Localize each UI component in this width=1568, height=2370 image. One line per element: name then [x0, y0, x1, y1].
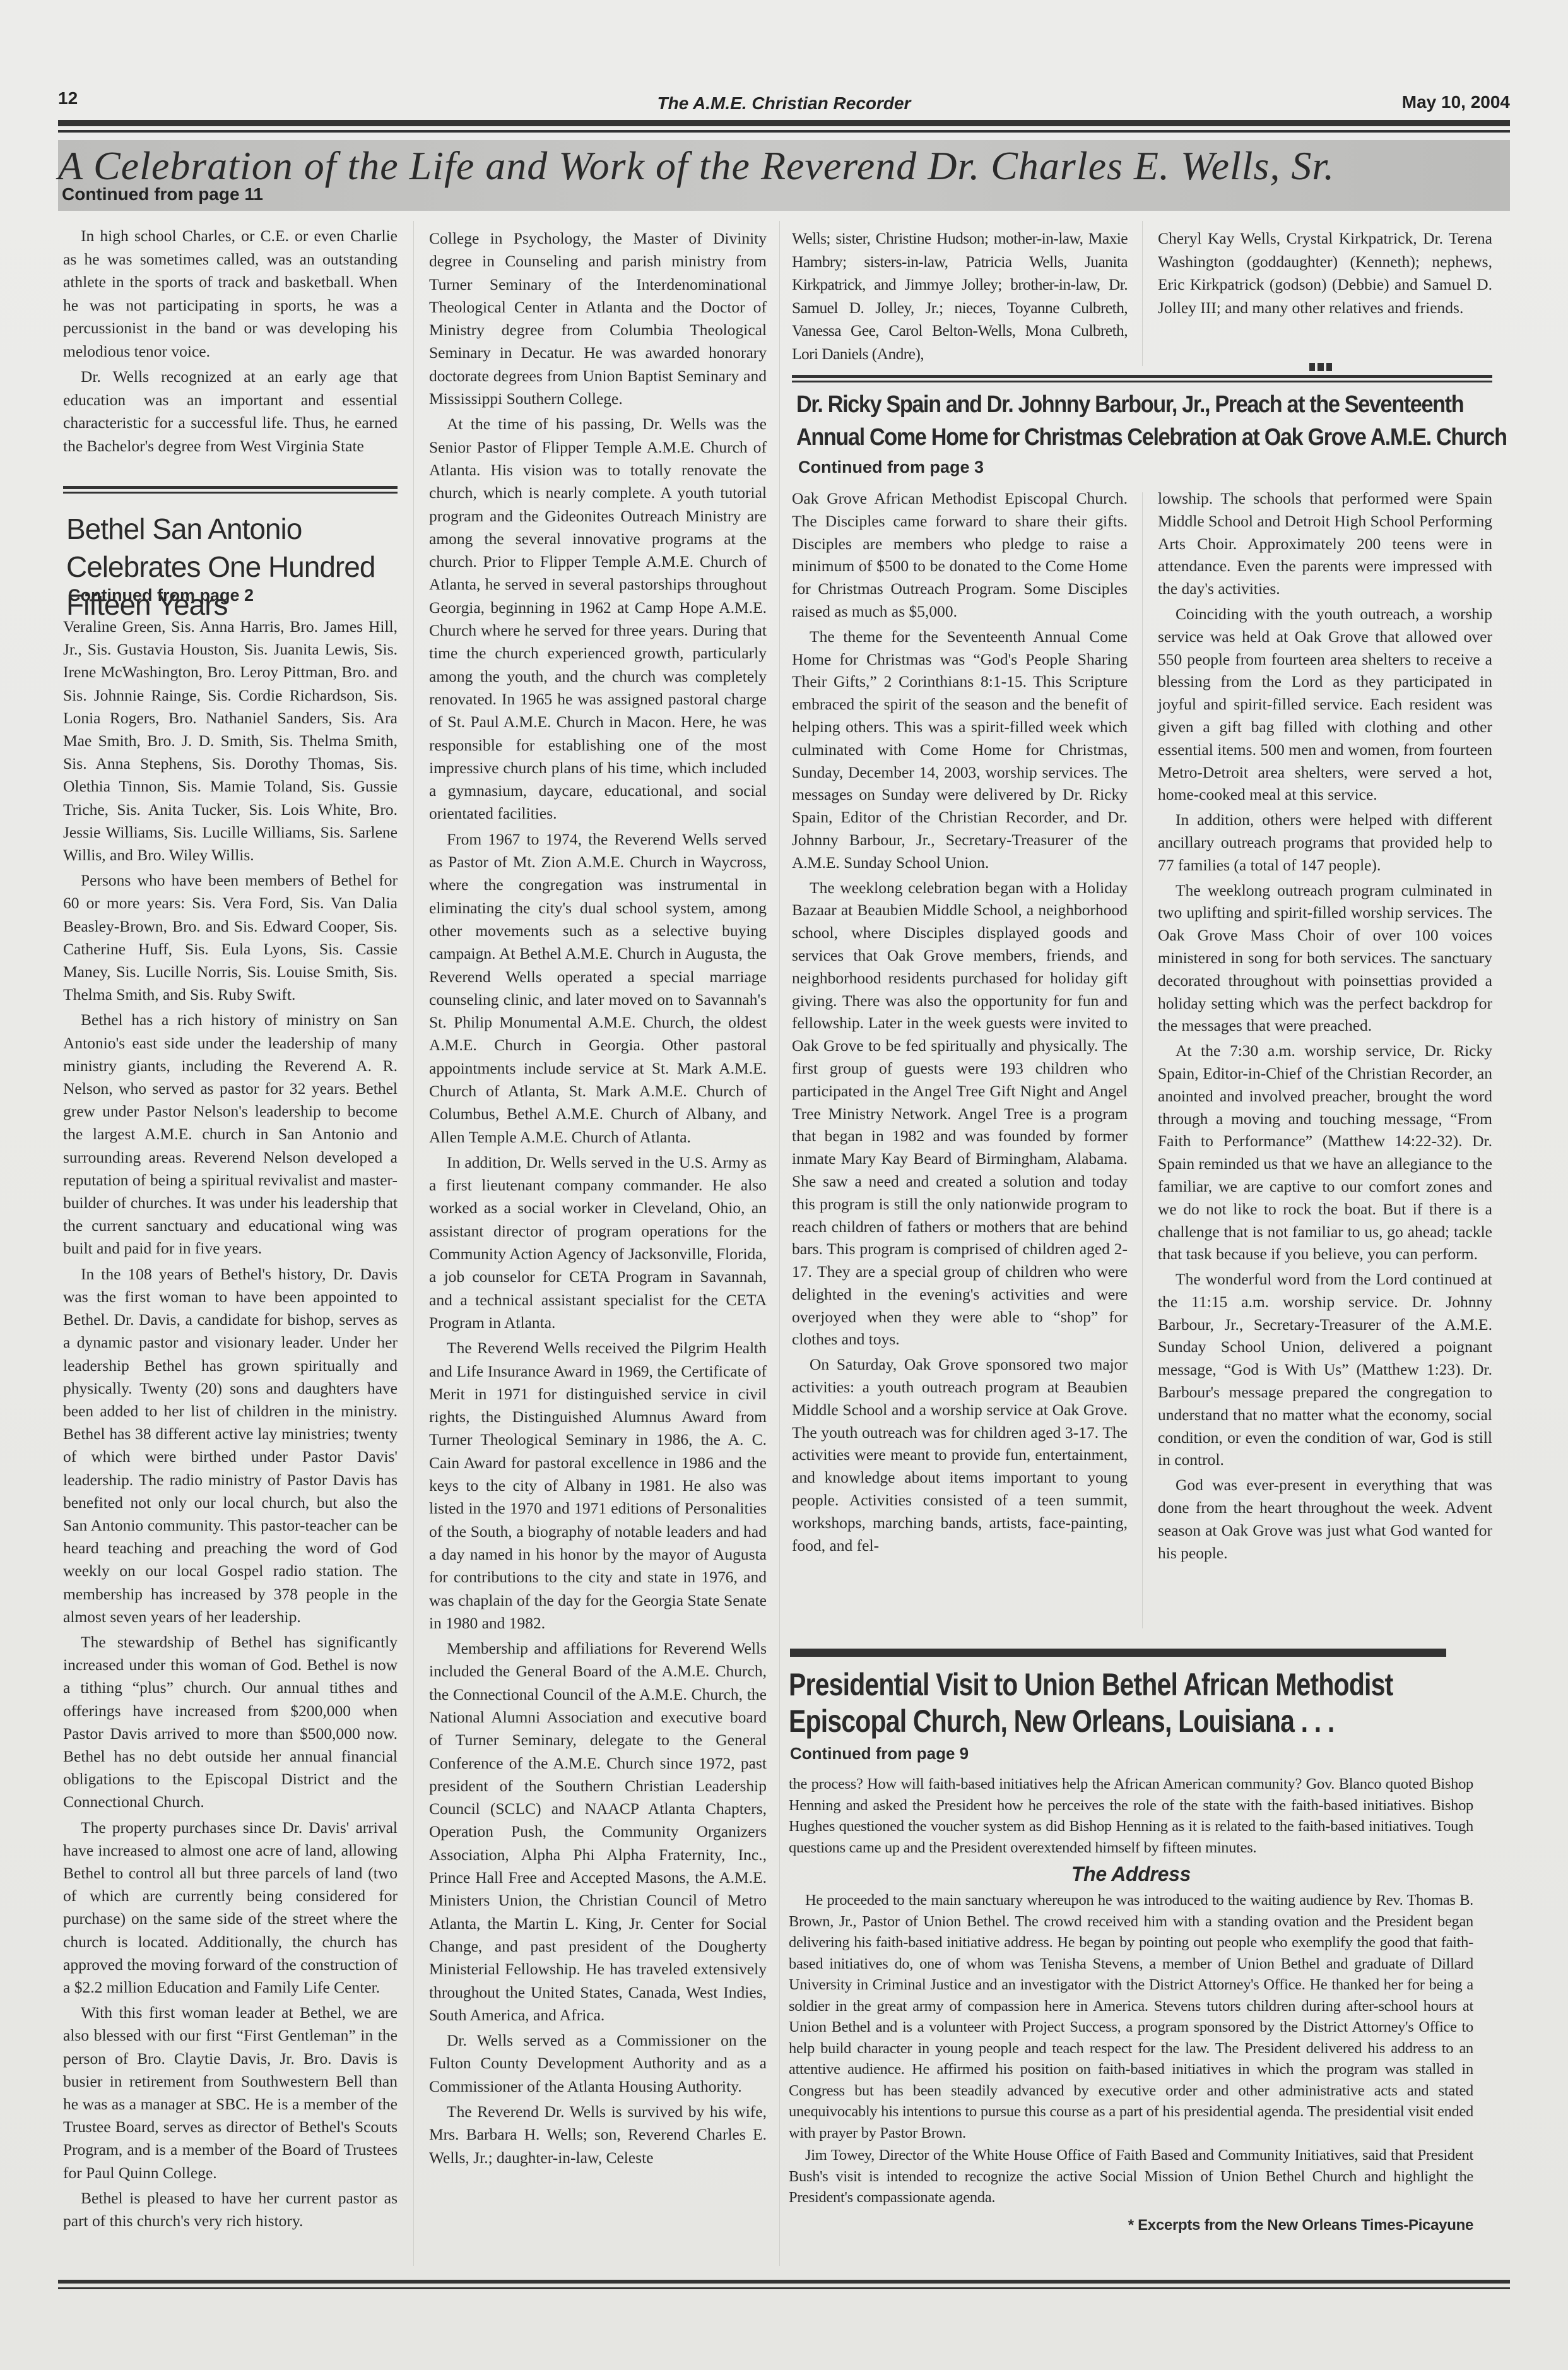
header-rule-thin	[58, 130, 1510, 133]
paragraph: Persons who have been members of Bethel …	[63, 869, 398, 1006]
paragraph: Bethel has a rich history of ministry on…	[63, 1009, 398, 1260]
title-line: Presidential Visit to Union Bethel Afric…	[789, 1666, 1363, 1703]
paragraph: The wonderful word from the Lord continu…	[1158, 1268, 1492, 1471]
presidential-article-body: the process? How will faith-based initia…	[789, 1774, 1473, 2236]
footer-rule-thin	[58, 2287, 1510, 2289]
running-header: 12 The A.M.E. Christian Recorder May 10,…	[58, 88, 1510, 114]
paragraph: The Reverend Wells received the Pilgrim …	[429, 1337, 767, 1635]
paragraph: Veraline Green, Sis. Anna Harris, Bro. J…	[63, 615, 398, 867]
column-divider	[1142, 492, 1143, 1628]
paragraph: The weeklong celebration began with a Ho…	[792, 877, 1128, 1351]
oak-grove-col4: lowship. The schools that performed were…	[1158, 487, 1492, 1567]
oak-grove-article-title: Dr. Ricky Spain and Dr. Johnny Barbour, …	[796, 388, 1427, 454]
oak-grove-continued-note: Continued from page 3	[798, 458, 984, 477]
paragraph: Dr. Wells recognized at an early age tha…	[63, 365, 398, 458]
column-divider	[779, 221, 780, 2266]
paragraph: At the 7:30 a.m. worship service, Dr. Ri…	[1158, 1040, 1492, 1265]
paragraph: College in Psychology, the Master of Div…	[429, 227, 767, 410]
paragraph: In high school Charles, or C.E. or even …	[63, 225, 398, 363]
bethel-article-body: Veraline Green, Sis. Anna Harris, Bro. J…	[63, 615, 398, 2235]
paragraph: From 1967 to 1974, the Reverend Wells se…	[429, 828, 767, 1149]
title-line: Annual Come Home for Christmas Celebrati…	[796, 421, 1427, 454]
paragraph: The Reverend Dr. Wells is survived by hi…	[429, 2100, 767, 2169]
title-line: Dr. Ricky Spain and Dr. Johnny Barbour, …	[796, 388, 1427, 421]
header-rule-thick	[58, 120, 1510, 126]
title-line: Episcopal Church, New Orleans, Louisiana…	[789, 1703, 1363, 1739]
wells-article-col2: College in Psychology, the Master of Div…	[429, 227, 767, 2172]
bethel-continued-note: Continued from page 2	[68, 586, 254, 605]
paragraph: In addition, others were helped with dif…	[1158, 809, 1492, 876]
paragraph: In addition, Dr. Wells served in the U.S…	[429, 1151, 767, 1334]
footer-rule-thick	[58, 2280, 1510, 2284]
paragraph: In the 108 years of Bethel's history, Dr…	[63, 1263, 398, 1628]
column-divider	[1142, 221, 1143, 366]
newspaper-page: 12 The A.M.E. Christian Recorder May 10,…	[0, 0, 1568, 2370]
wells-article-col4: Cheryl Kay Wells, Crystal Kirkpatrick, D…	[1158, 227, 1492, 322]
paragraph: The weeklong outreach program culminated…	[1158, 879, 1492, 1038]
article-divider	[790, 1649, 1446, 1657]
publication-name: The A.M.E. Christian Recorder	[58, 93, 1510, 114]
end-of-article-icon	[1309, 363, 1332, 371]
paragraph: Cheryl Kay Wells, Crystal Kirkpatrick, D…	[1158, 227, 1492, 319]
wells-article-col3: Wells; sister, Christine Hudson; mother-…	[792, 227, 1128, 368]
article-divider	[63, 486, 398, 494]
paragraph: Bethel is pleased to have her current pa…	[63, 2187, 398, 2232]
paragraph: Oak Grove African Methodist Episcopal Ch…	[792, 487, 1128, 623]
paragraph: Wells; sister, Christine Hudson; mother-…	[792, 227, 1128, 365]
paragraph: The stewardship of Bethel has significan…	[63, 1631, 398, 1814]
source-note: * Excerpts from the New Orleans Times-Pi…	[789, 2215, 1473, 2236]
section-subhead: The Address	[789, 1861, 1473, 1887]
paragraph: He proceeded to the main sanctuary where…	[789, 1890, 1473, 2143]
column-divider	[413, 221, 414, 2266]
paragraph: the process? How will faith-based initia…	[789, 1774, 1473, 1858]
article-divider	[792, 375, 1492, 382]
paragraph: Dr. Wells served as a Commissioner on th…	[429, 2029, 767, 2098]
paragraph: God was ever-present in everything that …	[1158, 1474, 1492, 1564]
paragraph: The theme for the Seventeenth Annual Com…	[792, 625, 1128, 874]
oak-grove-col3: Oak Grove African Methodist Episcopal Ch…	[792, 487, 1128, 1559]
feature-title: A Celebration of the Life and Work of th…	[58, 143, 1510, 189]
paragraph: The property purchases since Dr. Davis' …	[63, 1816, 398, 2000]
issue-date: May 10, 2004	[1402, 92, 1510, 112]
presidential-continued-note: Continued from page 9	[790, 1744, 969, 1763]
paragraph: lowship. The schools that performed were…	[1158, 487, 1492, 600]
paragraph: At the time of his passing, Dr. Wells wa…	[429, 413, 767, 825]
feature-banner: A Celebration of the Life and Work of th…	[58, 140, 1510, 211]
paragraph: Jim Towey, Director of the White House O…	[789, 2145, 1473, 2208]
wells-article-col1: In high school Charles, or C.E. or even …	[63, 225, 398, 460]
paragraph: Coinciding with the youth outreach, a wo…	[1158, 603, 1492, 806]
paragraph: With this first woman leader at Bethel, …	[63, 2001, 398, 2184]
presidential-article-title: Presidential Visit to Union Bethel Afric…	[789, 1666, 1363, 1739]
continued-note: Continued from page 11	[62, 184, 263, 204]
bethel-article-title: Bethel San Antonio Celebrates One Hundre…	[66, 510, 407, 624]
paragraph: On Saturday, Oak Grove sponsored two maj…	[792, 1353, 1128, 1556]
paragraph: Membership and affiliations for Reverend…	[429, 1637, 767, 2027]
